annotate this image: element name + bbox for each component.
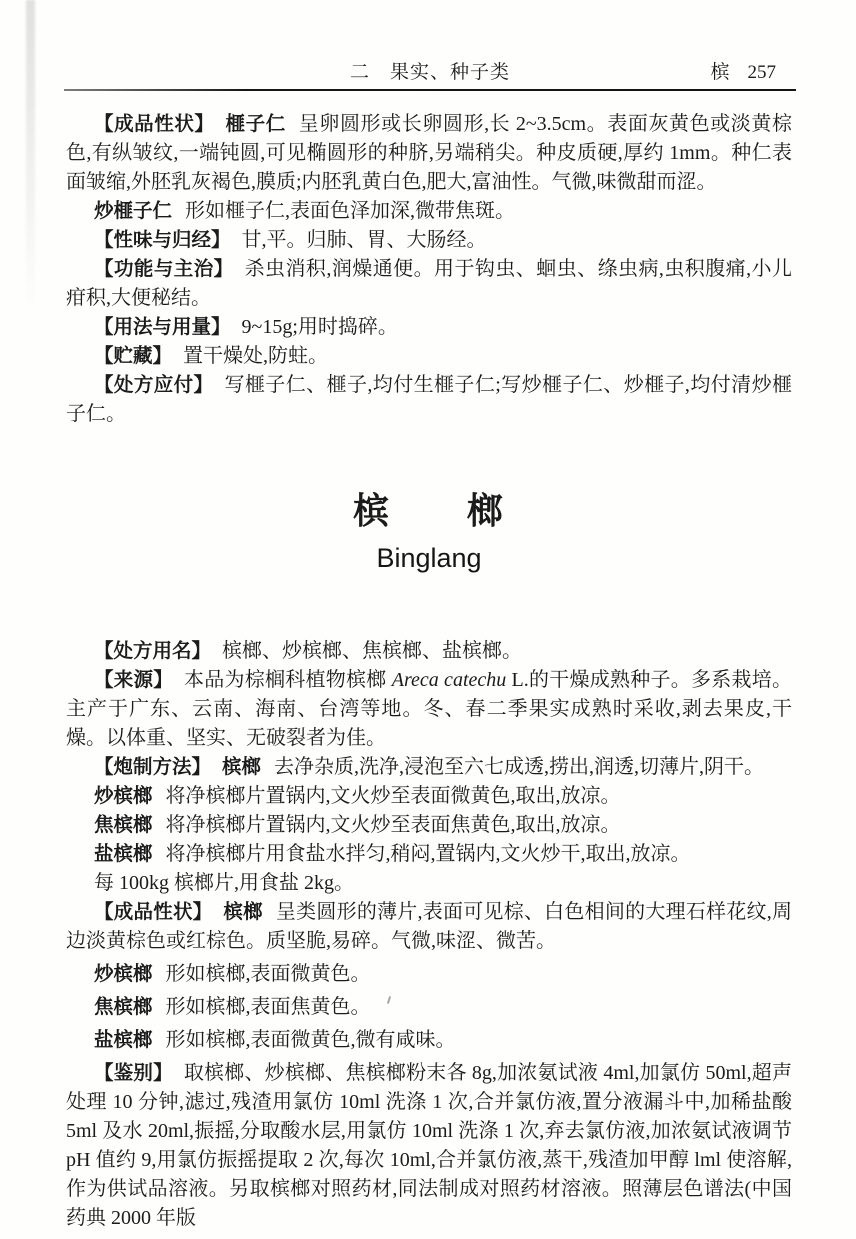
section-label: 【贮藏】 [94,345,172,367]
paragraph-text: 甘,平。归肺、胃、大肠经。 [242,229,487,251]
binglang-article: 【处方用名】槟榔、炒槟榔、焦槟榔、盐槟榔。 【来源】本品为棕榈科植物槟榔 Are… [66,637,792,1233]
section-label: 【处方用名】 [94,640,211,662]
article-title-pinyin: Binglang [66,542,792,575]
paragraph: 盐槟榔形如槟榔,表面微黄色,微有咸味。 [66,1026,792,1055]
item-name: 炒榧子仁 [94,200,172,222]
item-name: 槟榔 [222,756,261,778]
paragraph-text: 形如槟榔,表面微黄色,微有咸味。 [166,1029,456,1051]
paragraph: 每 100kg 槟榔片,用食盐 2kg。 [66,869,792,898]
section-label: 【用法与用量】 [94,316,231,338]
item-name: 炒槟榔 [94,963,153,985]
paragraph: 【鉴别】取槟榔、炒槟榔、焦槟榔粉末各 8g,加浓氨试液 4ml,加氯仿 50ml… [66,1059,792,1233]
section-label: 【成品性状】 [94,901,212,923]
article-title-zh: 槟 榔 [66,489,792,533]
chapter-heading: 二 果实、种子类 [66,60,794,86]
item-name: 焦槟榔 [94,996,153,1018]
paragraph-text: 形如榧子仁,表面色泽加深,微带焦斑。 [185,200,515,222]
section-label: 【鉴别】 [94,1062,173,1084]
paragraph-text: 9~15g;用时捣碎。 [242,316,398,338]
page-number: 257 [748,62,777,83]
paragraph-text: 槟榔、炒槟榔、焦槟榔、盐槟榔。 [222,640,522,662]
paragraph: 炒榧子仁形如榧子仁,表面色泽加深,微带焦斑。 [66,197,792,226]
header-rule [64,89,796,91]
paragraph-text: 将净槟榔片用食盐水拌匀,稍闷,置锅内,文火炒干,取出,放凉。 [166,843,691,865]
paragraph: 炒槟榔将净槟榔片置锅内,文火炒至表面微黄色,取出,放凉。 [66,782,792,811]
item-name: 盐槟榔 [94,1029,153,1051]
paragraph-text: 形如槟榔,表面微黄色。 [166,963,371,985]
page-header: 二 果实、种子类 槟257 [66,60,794,86]
paragraph-text: 去净杂质,洗净,浸泡至六七成透,捞出,润透,切薄片,阴干。 [274,756,764,778]
paragraph-text: 每 100kg 槟榔片,用食盐 2kg。 [94,872,354,894]
paragraph: 【用法与用量】9~15g;用时捣碎。 [66,313,792,342]
section-label: 【性味与归经】 [94,229,231,251]
previous-article-tail: 【成品性状】榧子仁呈卵圆形或长卵圆形,长 2~3.5cm。表面灰黄色或淡黄棕色,… [66,110,792,429]
section-label: 【炮制方法】 [94,756,211,778]
paragraph: 【处方应付】写榧子仁、榧子,均付生榧子仁;写炒榧子仁、炒榧子,均付清炒榧子仁。 [66,371,792,429]
paragraph-text: 置干燥处,防蛀。 [183,345,328,367]
item-name: 焦槟榔 [94,814,153,836]
article-title-block: 槟 榔 Binglang [66,489,792,575]
paragraph-text: 本品为棕榈科植物槟榔 [184,669,392,691]
paragraph: 【成品性状】榧子仁呈卵圆形或长卵圆形,长 2~3.5cm。表面灰黄色或淡黄棕色,… [66,110,792,197]
running-head: 槟 [710,62,729,83]
paragraph: 焦槟榔形如槟榔,表面焦黄色。 [66,993,792,1022]
scan-streak-artifact [26,0,35,310]
section-label: 【处方应付】 [94,374,213,396]
paragraph: 【来源】本品为棕榈科植物槟榔 Areca catechu L.的干燥成熟种子。多… [66,666,792,753]
paragraph: 盐槟榔将净槟榔片用食盐水拌匀,稍闷,置锅内,文火炒干,取出,放凉。 [66,840,792,869]
item-name: 榧子仁 [226,113,286,135]
paragraph-text: 将净槟榔片置锅内,文火炒至表面焦黄色,取出,放凉。 [166,814,621,836]
paragraph-text: 形如槟榔,表面焦黄色。 [166,996,371,1018]
paragraph-text: 取槟榔、炒槟榔、焦槟榔粉末各 8g,加浓氨试液 4ml,加氯仿 50ml,超声处… [66,1062,792,1229]
section-label: 【成品性状】 [94,113,215,135]
item-name: 盐槟榔 [94,843,153,865]
paragraph: 【性味与归经】甘,平。归肺、胃、大肠经。 [66,226,792,255]
item-name: 槟榔 [223,901,262,923]
paragraph: 【炮制方法】槟榔去净杂质,洗净,浸泡至六七成透,捞出,润透,切薄片,阴干。 [66,753,792,782]
section-label: 【功能与主治】 [94,258,234,280]
folio: 槟257 [710,60,776,86]
paragraph: 焦槟榔将净槟榔片置锅内,文火炒至表面焦黄色,取出,放凉。 [66,811,792,840]
book-page: 二 果实、种子类 槟257 【成品性状】榧子仁呈卵圆形或长卵圆形,长 2~3.5… [0,0,856,1239]
paragraph: 【功能与主治】杀虫消积,润燥通便。用于钩虫、蛔虫、绦虫病,虫积腹痛,小儿疳积,大… [66,255,792,313]
paragraph-text: 将净槟榔片置锅内,文火炒至表面微黄色,取出,放凉。 [166,785,621,807]
paragraph: 炒槟榔形如槟榔,表面微黄色。 [66,960,792,989]
item-name: 炒槟榔 [94,785,153,807]
section-label: 【来源】 [94,669,173,691]
page-content: 【成品性状】榧子仁呈卵圆形或长卵圆形,长 2~3.5cm。表面灰黄色或淡黄棕色,… [66,110,792,1233]
paragraph: 【贮藏】置干燥处,防蛀。 [66,342,792,371]
latin-binomial: Areca catechu [392,669,506,691]
paragraph: 【成品性状】槟榔呈类圆形的薄片,表面可见棕、白色相间的大理石样花纹,周边淡黄棕色… [66,898,792,956]
paragraph: 【处方用名】槟榔、炒槟榔、焦槟榔、盐槟榔。 [66,637,792,666]
